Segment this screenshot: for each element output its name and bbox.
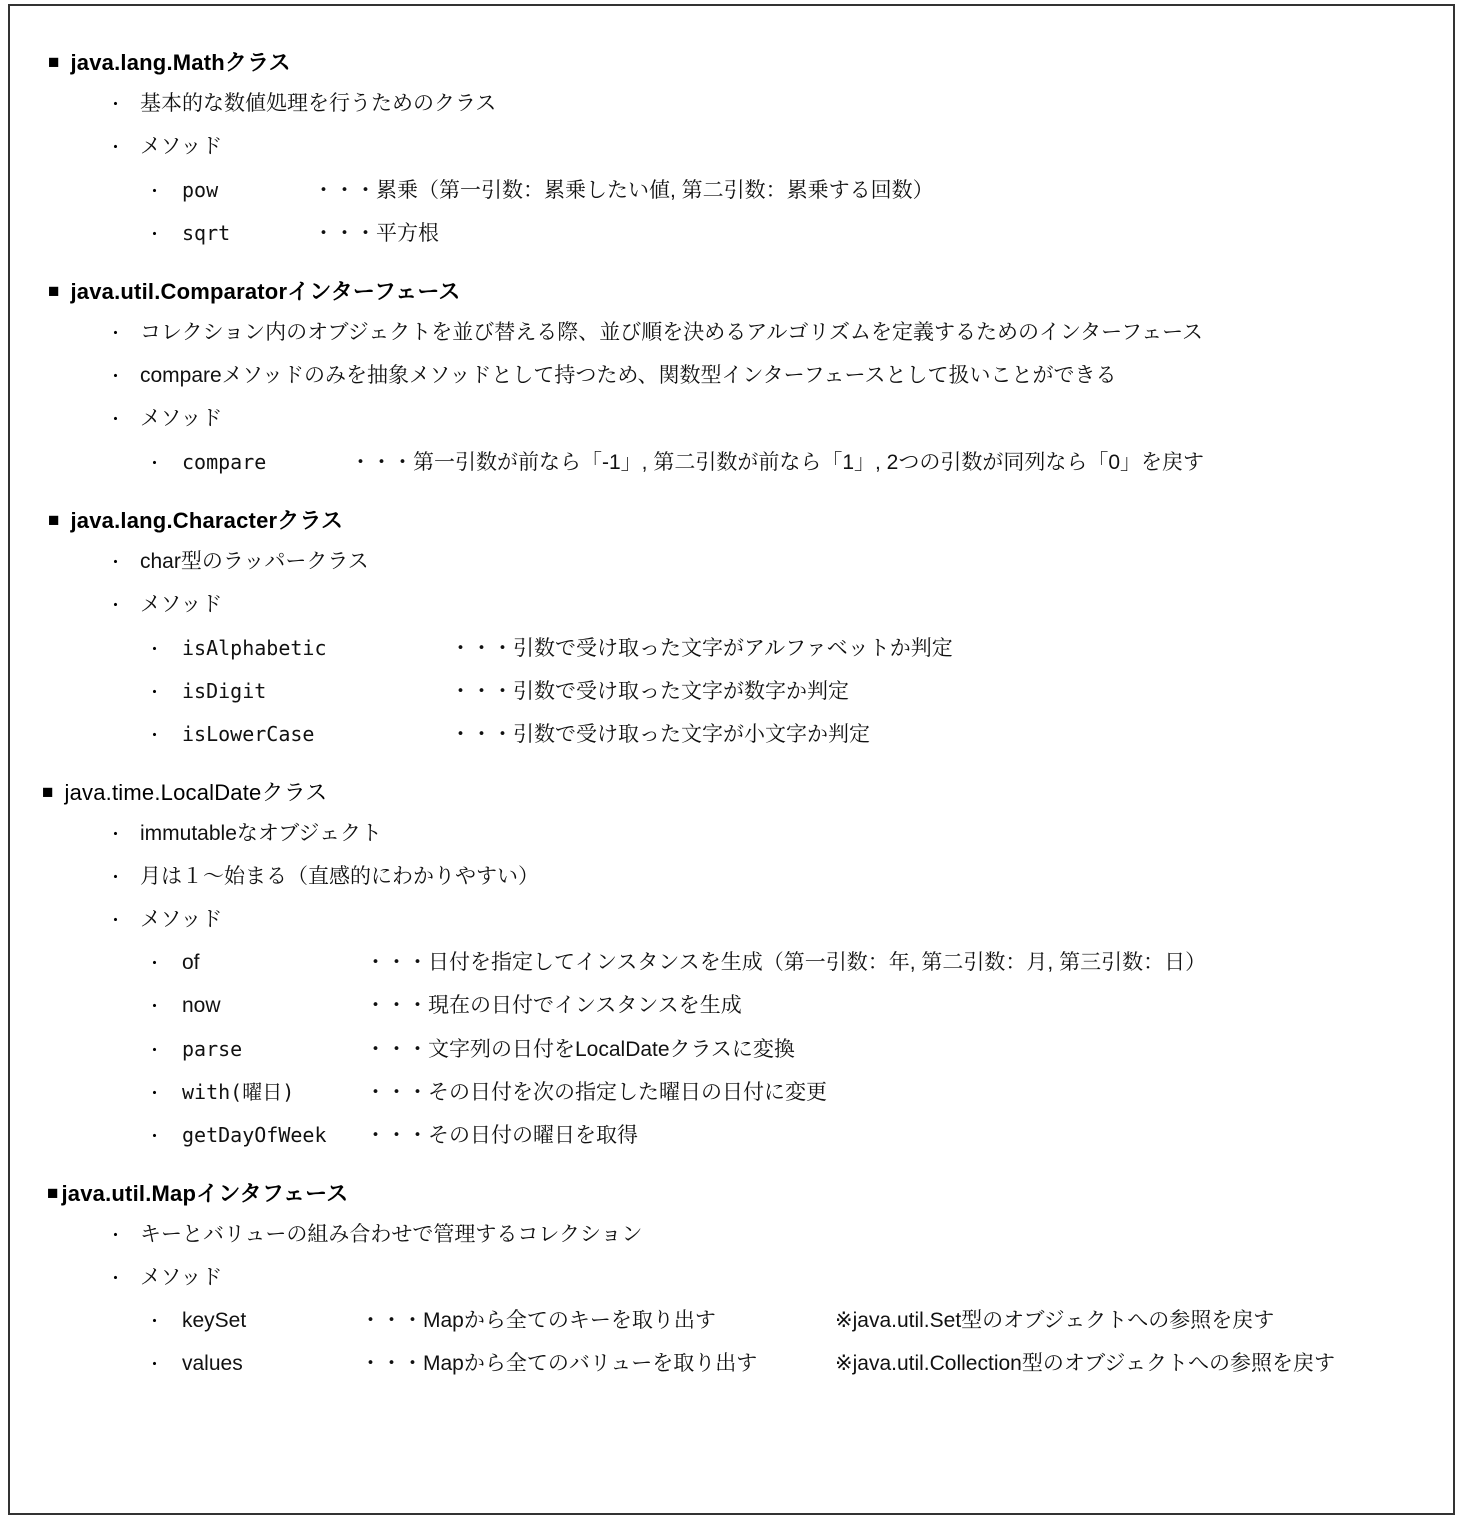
method-name: isAlphabetic — [182, 637, 450, 659]
bullet-item: ・ char型のラッパークラス — [10, 551, 1453, 573]
method-description: ・・・第一引数が前なら「-1」, 第二引数が前なら「1」, 2つの引数が同列なら… — [350, 452, 1204, 474]
bullet-text: メソッド — [140, 909, 222, 931]
square-bullet-icon: ■ — [48, 281, 59, 303]
bullet-text: compareメソッドのみを抽象メソッドとして持つため、関数型インターフェースと… — [140, 365, 1117, 387]
method-row: ・ parse ・・・文字列の日付をLocalDateクラスに変換 — [10, 1038, 1453, 1060]
section-title: java.time.LocalDateクラス — [64, 782, 327, 804]
method-name: sqrt — [182, 222, 313, 244]
method-name: now — [182, 995, 365, 1017]
bullet-icon: ・ — [107, 595, 140, 617]
bullet-item: ・ immutableなオブジェクト — [10, 823, 1453, 845]
method-row: ・ now ・・・現在の日付でインスタンスを生成 — [10, 995, 1453, 1017]
bullet-icon: ・ — [146, 725, 182, 747]
section-header: ■ java.time.LocalDateクラス — [10, 782, 1453, 804]
bullet-item: ・ コレクション内のオブジェクトを並び替える際、並び順を決めるアルゴリズムを定義… — [10, 322, 1453, 344]
method-description: ・・・日付を指定してインスタンスを生成（第一引数：年, 第二引数：月, 第三引数… — [365, 952, 1206, 974]
section-java-time-localdate: ■ java.time.LocalDateクラス ・ immutableなオブジ… — [10, 782, 1453, 1146]
section-header: ■ java.util.Comparatorインターフェース — [10, 281, 1453, 303]
square-bullet-icon: ■ — [47, 1183, 58, 1205]
bullet-item: ・ 月は１～始まる（直感的にわかりやすい） — [10, 866, 1453, 888]
method-row: ・ pow ・・・累乗（第一引数：累乗したい値, 第二引数：累乗する回数） — [10, 179, 1453, 201]
section-java-lang-math: ■ java.lang.Mathクラス ・ 基本的な数値処理を行うためのクラス … — [10, 52, 1453, 244]
bullet-item: ・ キーとバリューの組み合わせで管理するコレクション — [10, 1224, 1453, 1246]
bullet-item: ・ 基本的な数値処理を行うためのクラス — [10, 93, 1453, 115]
bullet-text: 基本的な数値処理を行うためのクラス — [140, 93, 496, 115]
bullet-item: ・ compareメソッドのみを抽象メソッドとして持つため、関数型インターフェー… — [10, 365, 1453, 387]
square-bullet-icon: ■ — [42, 782, 53, 804]
bullet-icon: ・ — [107, 867, 140, 889]
method-row: ・ isLowerCase ・・・引数で受け取った文字が小文字か判定 — [10, 723, 1453, 745]
method-description: ・・・平方根 — [313, 223, 439, 245]
section-title: java.lang.Mathクラス — [70, 52, 290, 74]
bullet-item: ・ メソッド — [10, 594, 1453, 616]
method-name: of — [182, 952, 365, 974]
bullet-icon: ・ — [107, 94, 140, 116]
method-name: getDayOfWeek — [182, 1124, 365, 1146]
bullet-text: immutableなオブジェクト — [140, 823, 382, 845]
bullet-icon: ・ — [146, 1354, 182, 1376]
bullet-icon: ・ — [146, 682, 182, 704]
section-header: ■ java.util.Mapインタフェース — [10, 1183, 1453, 1205]
method-name: values — [182, 1353, 360, 1375]
bullet-item: ・ メソッド — [10, 1267, 1453, 1289]
method-name: isLowerCase — [182, 723, 450, 745]
method-row: ・ with(曜日) ・・・その日付を次の指定した曜日の日付に変更 — [10, 1081, 1453, 1103]
method-name: keySet — [182, 1310, 360, 1332]
section-title: java.util.Comparatorインターフェース — [70, 281, 460, 303]
bullet-icon: ・ — [146, 953, 182, 975]
method-name: pow — [182, 179, 313, 201]
bullet-icon: ・ — [146, 1083, 182, 1105]
method-description: ・・・文字列の日付をLocalDateクラスに変換 — [365, 1039, 795, 1061]
section-java-lang-character: ■ java.lang.Characterクラス ・ char型のラッパークラス… — [10, 510, 1453, 745]
method-description: ・・・Mapから全てのキーを取り出す — [360, 1310, 835, 1332]
bullet-item: ・ メソッド — [10, 136, 1453, 158]
method-row: ・ sqrt ・・・平方根 — [10, 222, 1453, 244]
bullet-icon: ・ — [146, 1126, 182, 1148]
bullet-icon: ・ — [107, 366, 140, 388]
square-bullet-icon: ■ — [48, 52, 59, 74]
document-page: ■ java.lang.Mathクラス ・ 基本的な数値処理を行うためのクラス … — [0, 0, 1457, 1520]
method-description: ・・・引数で受け取った文字がアルファベットか判定 — [450, 638, 953, 660]
method-row: ・ getDayOfWeek ・・・その日付の曜日を取得 — [10, 1124, 1453, 1146]
section-java-util-map: ■ java.util.Mapインタフェース ・ キーとバリューの組み合わせで管… — [10, 1183, 1453, 1375]
bullet-text: 月は１～始まる（直感的にわかりやすい） — [140, 866, 539, 888]
bullet-icon: ・ — [146, 639, 182, 661]
method-description: ・・・その日付を次の指定した曜日の日付に変更 — [365, 1082, 827, 1104]
method-description: ・・・引数で受け取った文字が小文字か判定 — [450, 724, 870, 746]
bullet-item: ・ メソッド — [10, 408, 1453, 430]
method-description: ・・・累乗（第一引数：累乗したい値, 第二引数：累乗する回数） — [313, 180, 934, 202]
square-bullet-icon: ■ — [48, 510, 59, 532]
bullet-text: メソッド — [140, 1267, 222, 1289]
bullet-icon: ・ — [146, 1311, 182, 1333]
method-note: ※java.util.Set型のオブジェクトへの参照を戻す — [835, 1310, 1274, 1332]
bullet-item: ・ メソッド — [10, 909, 1453, 931]
bullet-icon: ・ — [107, 137, 140, 159]
bullet-icon: ・ — [146, 453, 182, 475]
method-name: with(曜日) — [182, 1081, 365, 1103]
bullet-icon: ・ — [146, 181, 182, 203]
method-row: ・ keySet ・・・Mapから全てのキーを取り出す ※java.util.S… — [10, 1310, 1453, 1332]
method-row: ・ values ・・・Mapから全てのバリューを取り出す ※java.util… — [10, 1353, 1453, 1375]
bullet-text: コレクション内のオブジェクトを並び替える際、並び順を決めるアルゴリズムを定義する… — [140, 322, 1203, 344]
method-name: compare — [182, 451, 350, 473]
bullet-text: キーとバリューの組み合わせで管理するコレクション — [140, 1224, 643, 1246]
section-java-util-comparator: ■ java.util.Comparatorインターフェース ・ コレクション内… — [10, 281, 1453, 473]
bullet-text: メソッド — [140, 594, 222, 616]
method-note: ※java.util.Collection型のオブジェクトへの参照を戻す — [835, 1353, 1335, 1375]
bullet-text: メソッド — [140, 408, 222, 430]
method-description: ・・・引数で受け取った文字が数字か判定 — [450, 681, 849, 703]
method-row: ・ isDigit ・・・引数で受け取った文字が数字か判定 — [10, 680, 1453, 702]
bullet-icon: ・ — [107, 552, 140, 574]
method-row: ・ isAlphabetic ・・・引数で受け取った文字がアルファベットか判定 — [10, 637, 1453, 659]
method-description: ・・・Mapから全てのバリューを取り出す — [360, 1353, 835, 1375]
bullet-icon: ・ — [107, 824, 140, 846]
bullet-icon: ・ — [107, 1268, 140, 1290]
method-name: parse — [182, 1038, 365, 1060]
method-description: ・・・その日付の曜日を取得 — [365, 1125, 638, 1147]
section-title: java.util.Mapインタフェース — [61, 1183, 348, 1205]
bullet-icon: ・ — [107, 910, 140, 932]
method-row: ・ of ・・・日付を指定してインスタンスを生成（第一引数：年, 第二引数：月,… — [10, 952, 1453, 974]
method-description: ・・・現在の日付でインスタンスを生成 — [365, 995, 742, 1017]
method-name: isDigit — [182, 680, 450, 702]
bullet-icon: ・ — [107, 323, 140, 345]
bullet-icon: ・ — [146, 1040, 182, 1062]
bullet-text: char型のラッパークラス — [140, 551, 369, 573]
bullet-text: メソッド — [140, 136, 222, 158]
bullet-icon: ・ — [107, 1225, 140, 1247]
bullet-icon: ・ — [146, 996, 182, 1018]
bullet-icon: ・ — [107, 409, 140, 431]
document-border-frame: ■ java.lang.Mathクラス ・ 基本的な数値処理を行うためのクラス … — [8, 4, 1455, 1515]
section-title: java.lang.Characterクラス — [70, 510, 343, 532]
section-header: ■ java.lang.Characterクラス — [10, 510, 1453, 532]
section-header: ■ java.lang.Mathクラス — [10, 52, 1453, 74]
bullet-icon: ・ — [146, 224, 182, 246]
method-row: ・ compare ・・・第一引数が前なら「-1」, 第二引数が前なら「1」, … — [10, 451, 1453, 473]
